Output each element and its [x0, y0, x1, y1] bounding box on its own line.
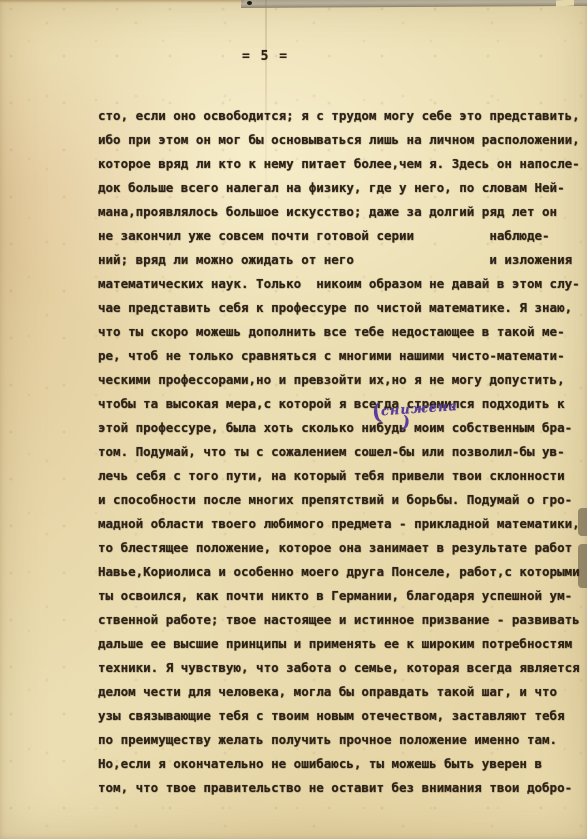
underlying-page-edge — [241, 0, 587, 8]
scan-artifact-dot — [247, 1, 252, 5]
typed-line: по преимуществу желать получить прочное … — [98, 728, 587, 752]
annotation-word: снижена — [381, 399, 459, 419]
typed-line: Но,если я окончательно не ошибаюсь, ты м… — [98, 752, 587, 776]
typed-line: том, что твое правительство не оставит б… — [98, 776, 587, 800]
typed-line: математических наук. Только никоим образ… — [98, 272, 587, 296]
typed-line: Навье,Кориолиса и особенно моего друга П… — [98, 560, 587, 584]
typed-line: том. Подумай, что ты с сожалением сошел-… — [98, 440, 587, 464]
underlying-page-edge-notch — [556, 0, 574, 6]
typed-line: ний; вряд ли можно ожидать от него и изл… — [98, 248, 587, 272]
typed-text: сто, если оно освободится; я с трудом мо… — [98, 104, 587, 800]
typed-line: ре, чтоб не только сравняться с многими … — [98, 344, 587, 368]
typed-line: чае представить себя к профессуре по чис… — [98, 296, 587, 320]
typed-line: узы связывающие тебя с твоим новым отече… — [98, 704, 587, 728]
page-top-edge — [0, 0, 244, 3]
typed-line: дальше ее высшие принципы и применять ее… — [98, 632, 587, 656]
typed-line: док больше всего налегал на физику, где … — [98, 176, 587, 200]
typed-line: которое вряд ли кто к нему питает более,… — [98, 152, 587, 176]
typed-line: ибо при этом он мог бы основываться лишь… — [98, 128, 587, 152]
document-page: = 5 = сто, если оно освободится; я с тру… — [0, 0, 587, 839]
typed-line: то блестящее положение, которое она зани… — [98, 536, 587, 560]
typed-line: ческими профессорами,но и превзойти их,н… — [98, 368, 587, 392]
typed-line: этой профессуре, была хоть сколько нибуд… — [98, 416, 587, 440]
typed-line: не закончил уже совсем почти готовой сер… — [98, 224, 587, 248]
typed-line: ственной работе; твое настоящее и истинн… — [98, 608, 587, 632]
typed-line: чтобы та высокая мера,с которой я всегда… — [98, 392, 587, 416]
typed-line: и способности после многих препятствий и… — [98, 488, 587, 512]
typed-line: мана,проявлялось большое искусство; даже… — [98, 200, 587, 224]
typed-line: делом чести для человека, могла бы оправ… — [98, 680, 587, 704]
typed-line: сто, если оно освободится; я с трудом мо… — [98, 104, 587, 128]
typed-line: лечь себя с того пути, на который тебя п… — [98, 464, 587, 488]
page-number: = 5 = — [242, 49, 289, 64]
typed-line: мадной области твоего любимого предмета … — [98, 512, 587, 536]
typed-line: что ты скоро можешь дополнить все тебе н… — [98, 320, 587, 344]
typed-line: техники. Я чувствую, что забота о семье,… — [98, 656, 587, 680]
typed-line: ты освоился, как почти никто в Германии,… — [98, 584, 587, 608]
